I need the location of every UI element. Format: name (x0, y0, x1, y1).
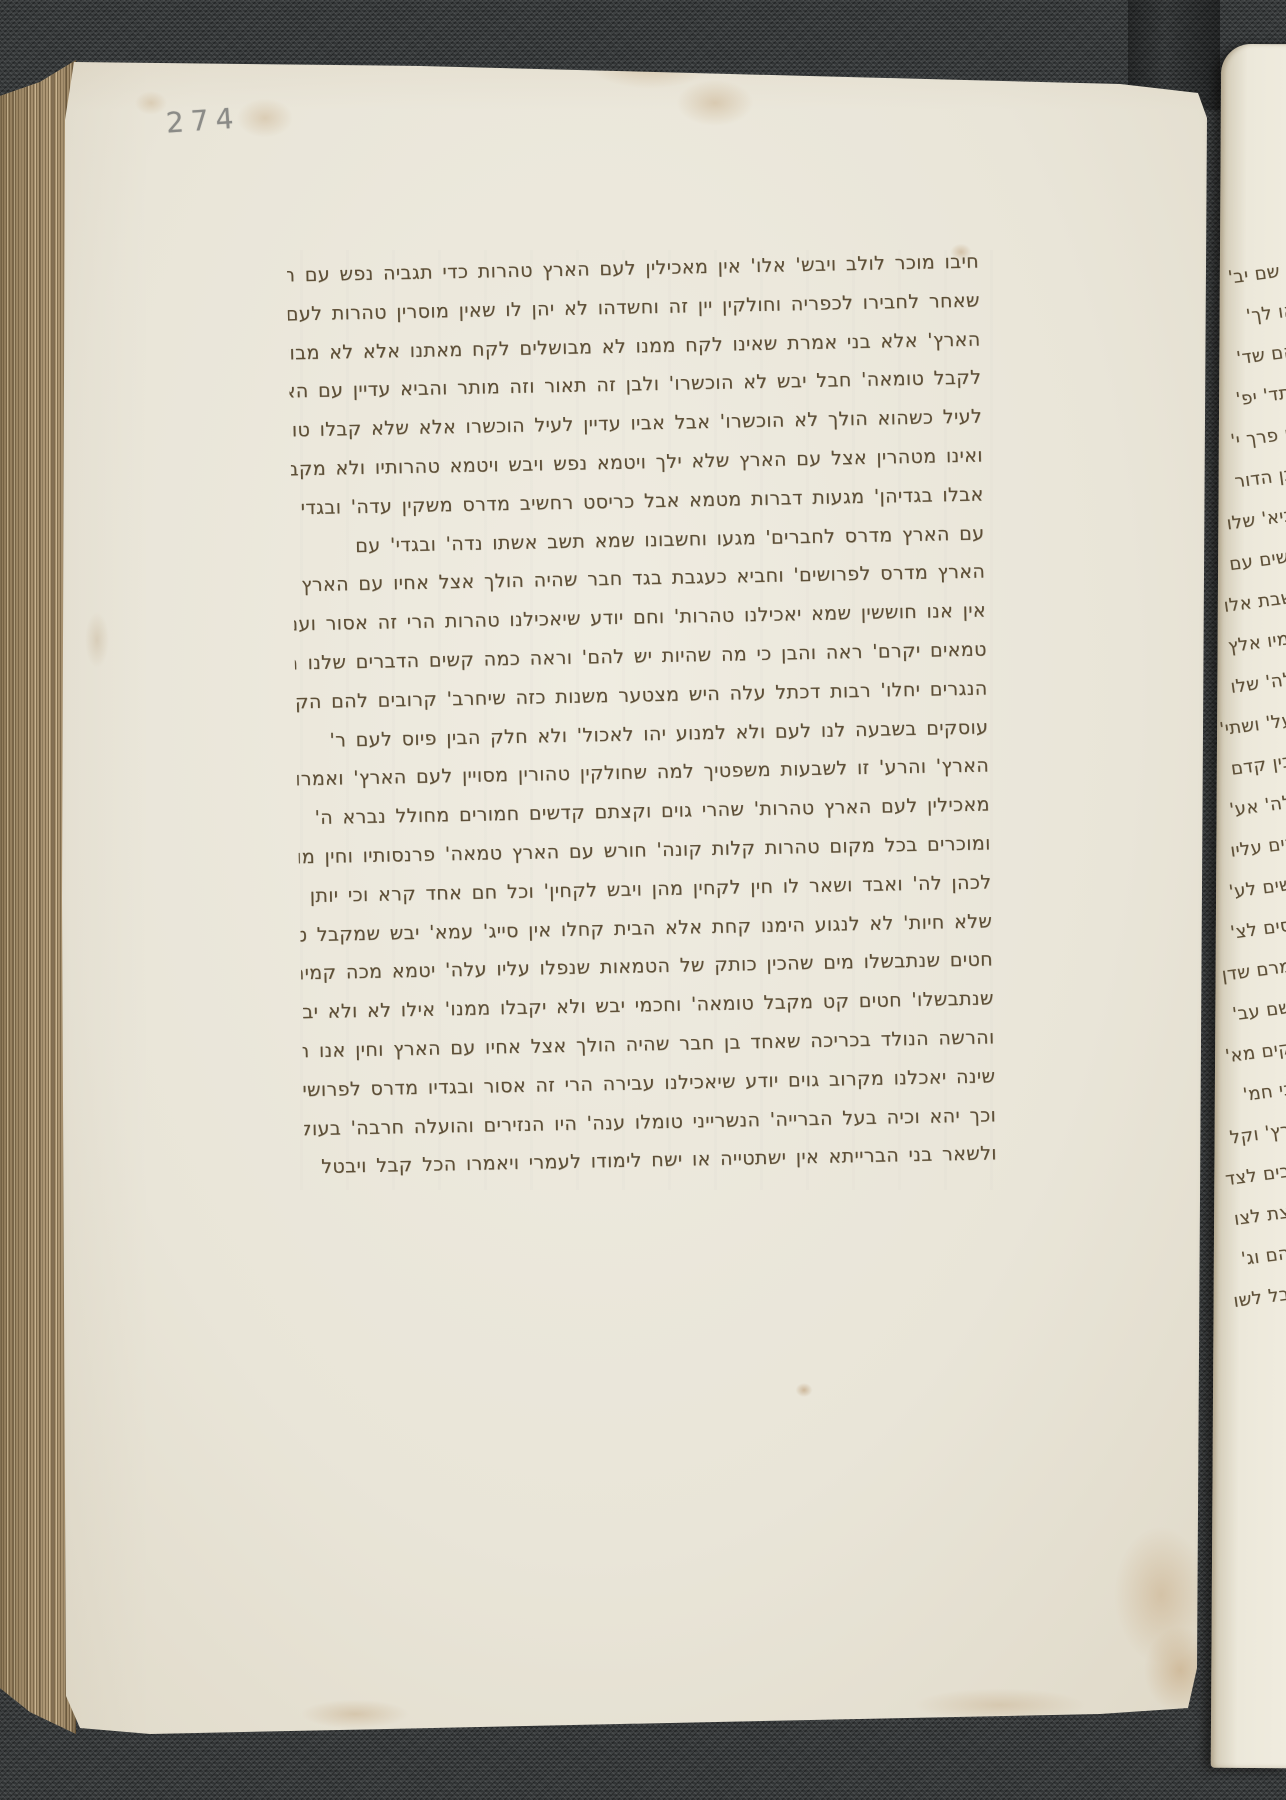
adjacent-page-top-margin (1220, 44, 1286, 248)
adjacent-page-edge: ך שם יב' או לך' הם שד' יתד' יפ' ון פרך י… (1211, 44, 1286, 1768)
adjacent-page-text-fragment: בל לשו (1211, 1273, 1286, 1328)
manuscript-page: 274 חיבו מוכר לולב ויבש' אלו' אין מאכילי… (0, 0, 1286, 1800)
book-photograph: 274 חיבו מוכר לולב ויבש' אלו' אין מאכילי… (0, 0, 1286, 1800)
foxing-stain (80, 600, 114, 680)
foxing-stain (660, 70, 770, 136)
folio-number: 274 (165, 101, 242, 139)
manuscript-text-block: חיבו מוכר לולב ויבש' אלו' אין מאכילין לע… (287, 243, 998, 1188)
foxing-stain (792, 1380, 816, 1400)
foxing-stain (280, 1694, 430, 1734)
